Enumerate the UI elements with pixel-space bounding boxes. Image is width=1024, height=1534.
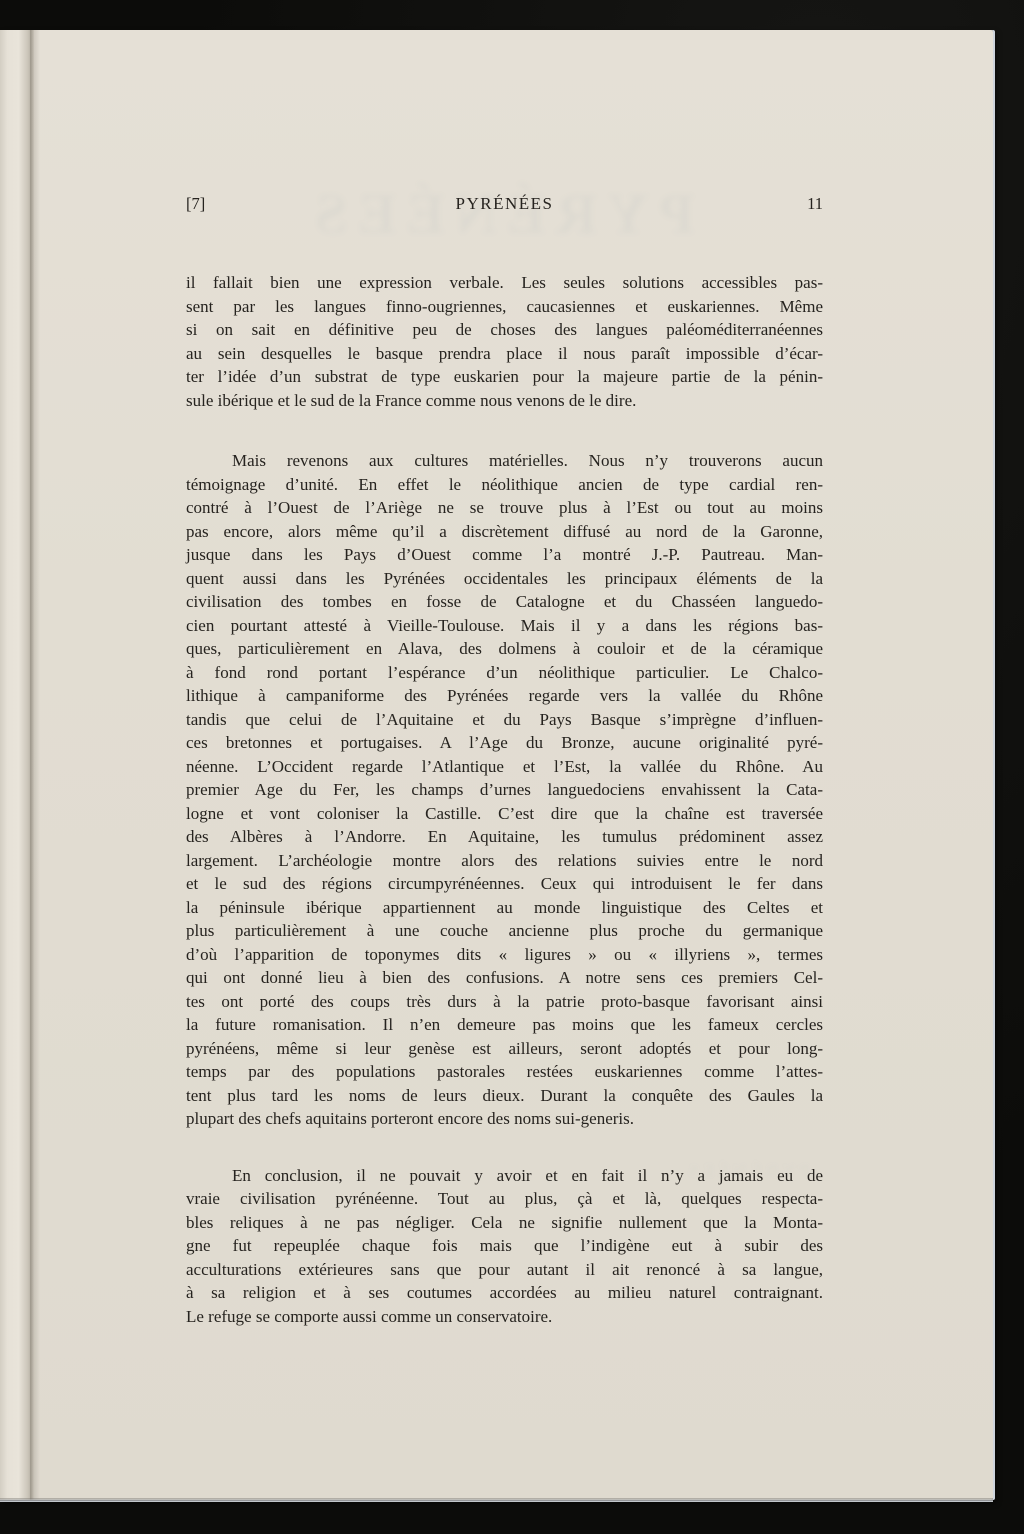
text-line: civilisation des tombes en fosse de Cata… — [186, 590, 823, 614]
page-crease-shadow — [30, 30, 40, 1500]
text-line: cien pourtant attesté à Vieille-Toulouse… — [186, 614, 823, 638]
text-line: la péninsule ibérique appartiennent au m… — [186, 896, 823, 920]
text-line: contré à l’Ouest de l’Ariège ne se trouv… — [186, 496, 823, 520]
text-line: acculturations extérieures sans que pour… — [186, 1258, 823, 1282]
text-line: et le sud des régions circumpyrénéennes.… — [186, 872, 823, 896]
text-line: qui ont donné lieu à bien des confusions… — [186, 966, 823, 990]
text-line: plupart des chefs aquitains porteront en… — [186, 1107, 823, 1131]
running-title: PYRÉNÉES — [456, 194, 554, 214]
paragraph-conclusion: En conclusion, il ne pouvait y avoir et … — [186, 1164, 823, 1329]
book-page: PYRÉNÉES PYRÉNÉES [7] PYRÉNÉES 11 il fal… — [0, 30, 993, 1500]
text-line: témoignage d’unité. En effet le néolithi… — [186, 473, 823, 497]
text-line: vraie civilisation pyrénéenne. Tout au p… — [186, 1187, 823, 1211]
text-line: il fallait bien une expression verbale. … — [186, 271, 823, 295]
text-line: à fond rond portant l’espérance d’un néo… — [186, 661, 823, 685]
text-line: ces bretonnes et portugaises. A l’Age du… — [186, 731, 823, 755]
text-line: premier Age du Fer, les champs d’urnes l… — [186, 778, 823, 802]
text-line: temps par des populations pastorales res… — [186, 1060, 823, 1084]
scanner-background: PYRÉNÉES PYRÉNÉES [7] PYRÉNÉES 11 il fal… — [0, 0, 1024, 1534]
page-number: 11 — [553, 194, 823, 214]
running-head: [7] PYRÉNÉES 11 — [186, 194, 823, 214]
text-line: Le refuge se comporte aussi comme un con… — [186, 1305, 823, 1329]
text-line: tandis que celui de l’Aquitaine et du Pa… — [186, 708, 823, 732]
paragraph-continuation: il fallait bien une expression verbale. … — [186, 271, 823, 412]
text-line: tent plus tard les noms de leurs dieux. … — [186, 1084, 823, 1108]
text-line: bles reliques à ne pas négliger. Cela ne… — [186, 1211, 823, 1235]
text-line: sule ibérique et le sud de la France com… — [186, 389, 823, 413]
printed-content: [7] PYRÉNÉES 11 il fallait bien une expr… — [186, 194, 823, 1328]
text-line: lithique à campaniforme des Pyrénées reg… — [186, 684, 823, 708]
body-text: il fallait bien une expression verbale. … — [186, 271, 823, 1328]
text-line: plus particulièrement à une couche ancie… — [186, 919, 823, 943]
page-bottom-edge — [0, 1498, 993, 1502]
text-line: ter l’idée d’un substrat de type euskari… — [186, 365, 823, 389]
text-line: des Albères à l’Andorre. En Aquitaine, l… — [186, 825, 823, 849]
text-line: quent aussi dans les Pyrénées occidental… — [186, 567, 823, 591]
text-line: largement. L’archéologie montre alors de… — [186, 849, 823, 873]
text-line: néenne. L’Occident regarde l’Atlantique … — [186, 755, 823, 779]
paragraph-cultures-materielles: Mais revenons aux cultures matérielles. … — [186, 449, 823, 1131]
text-line: la future romanisation. Il n’en demeure … — [186, 1013, 823, 1037]
text-line: Mais revenons aux cultures matérielles. … — [186, 449, 823, 473]
text-line: logne et vont coloniser la Castille. C’e… — [186, 802, 823, 826]
text-line: gne fut repeuplée chaque fois mais que l… — [186, 1234, 823, 1258]
text-line: sent par les langues finno-ougriennes, c… — [186, 295, 823, 319]
text-line: d’où l’apparition de toponymes dits « li… — [186, 943, 823, 967]
text-line: jusque dans les Pays d’Ouest comme l’a m… — [186, 543, 823, 567]
text-line: pas encore, alors même qu’il a discrètem… — [186, 520, 823, 544]
text-line: tes ont porté des coups très durs à la p… — [186, 990, 823, 1014]
text-line: si on sait en définitive peu de choses d… — [186, 318, 823, 342]
text-line: En conclusion, il ne pouvait y avoir et … — [186, 1164, 823, 1188]
text-line: pyrénéens, même si leur genèse est aille… — [186, 1037, 823, 1061]
page-binding-edge — [0, 30, 34, 1500]
section-marker: [7] — [186, 194, 456, 214]
text-line: ques, particulièrement en Alava, des dol… — [186, 637, 823, 661]
text-line: au sein desquelles le basque prendra pla… — [186, 342, 823, 366]
text-line: à sa religion et à ses coutumes accordée… — [186, 1281, 823, 1305]
